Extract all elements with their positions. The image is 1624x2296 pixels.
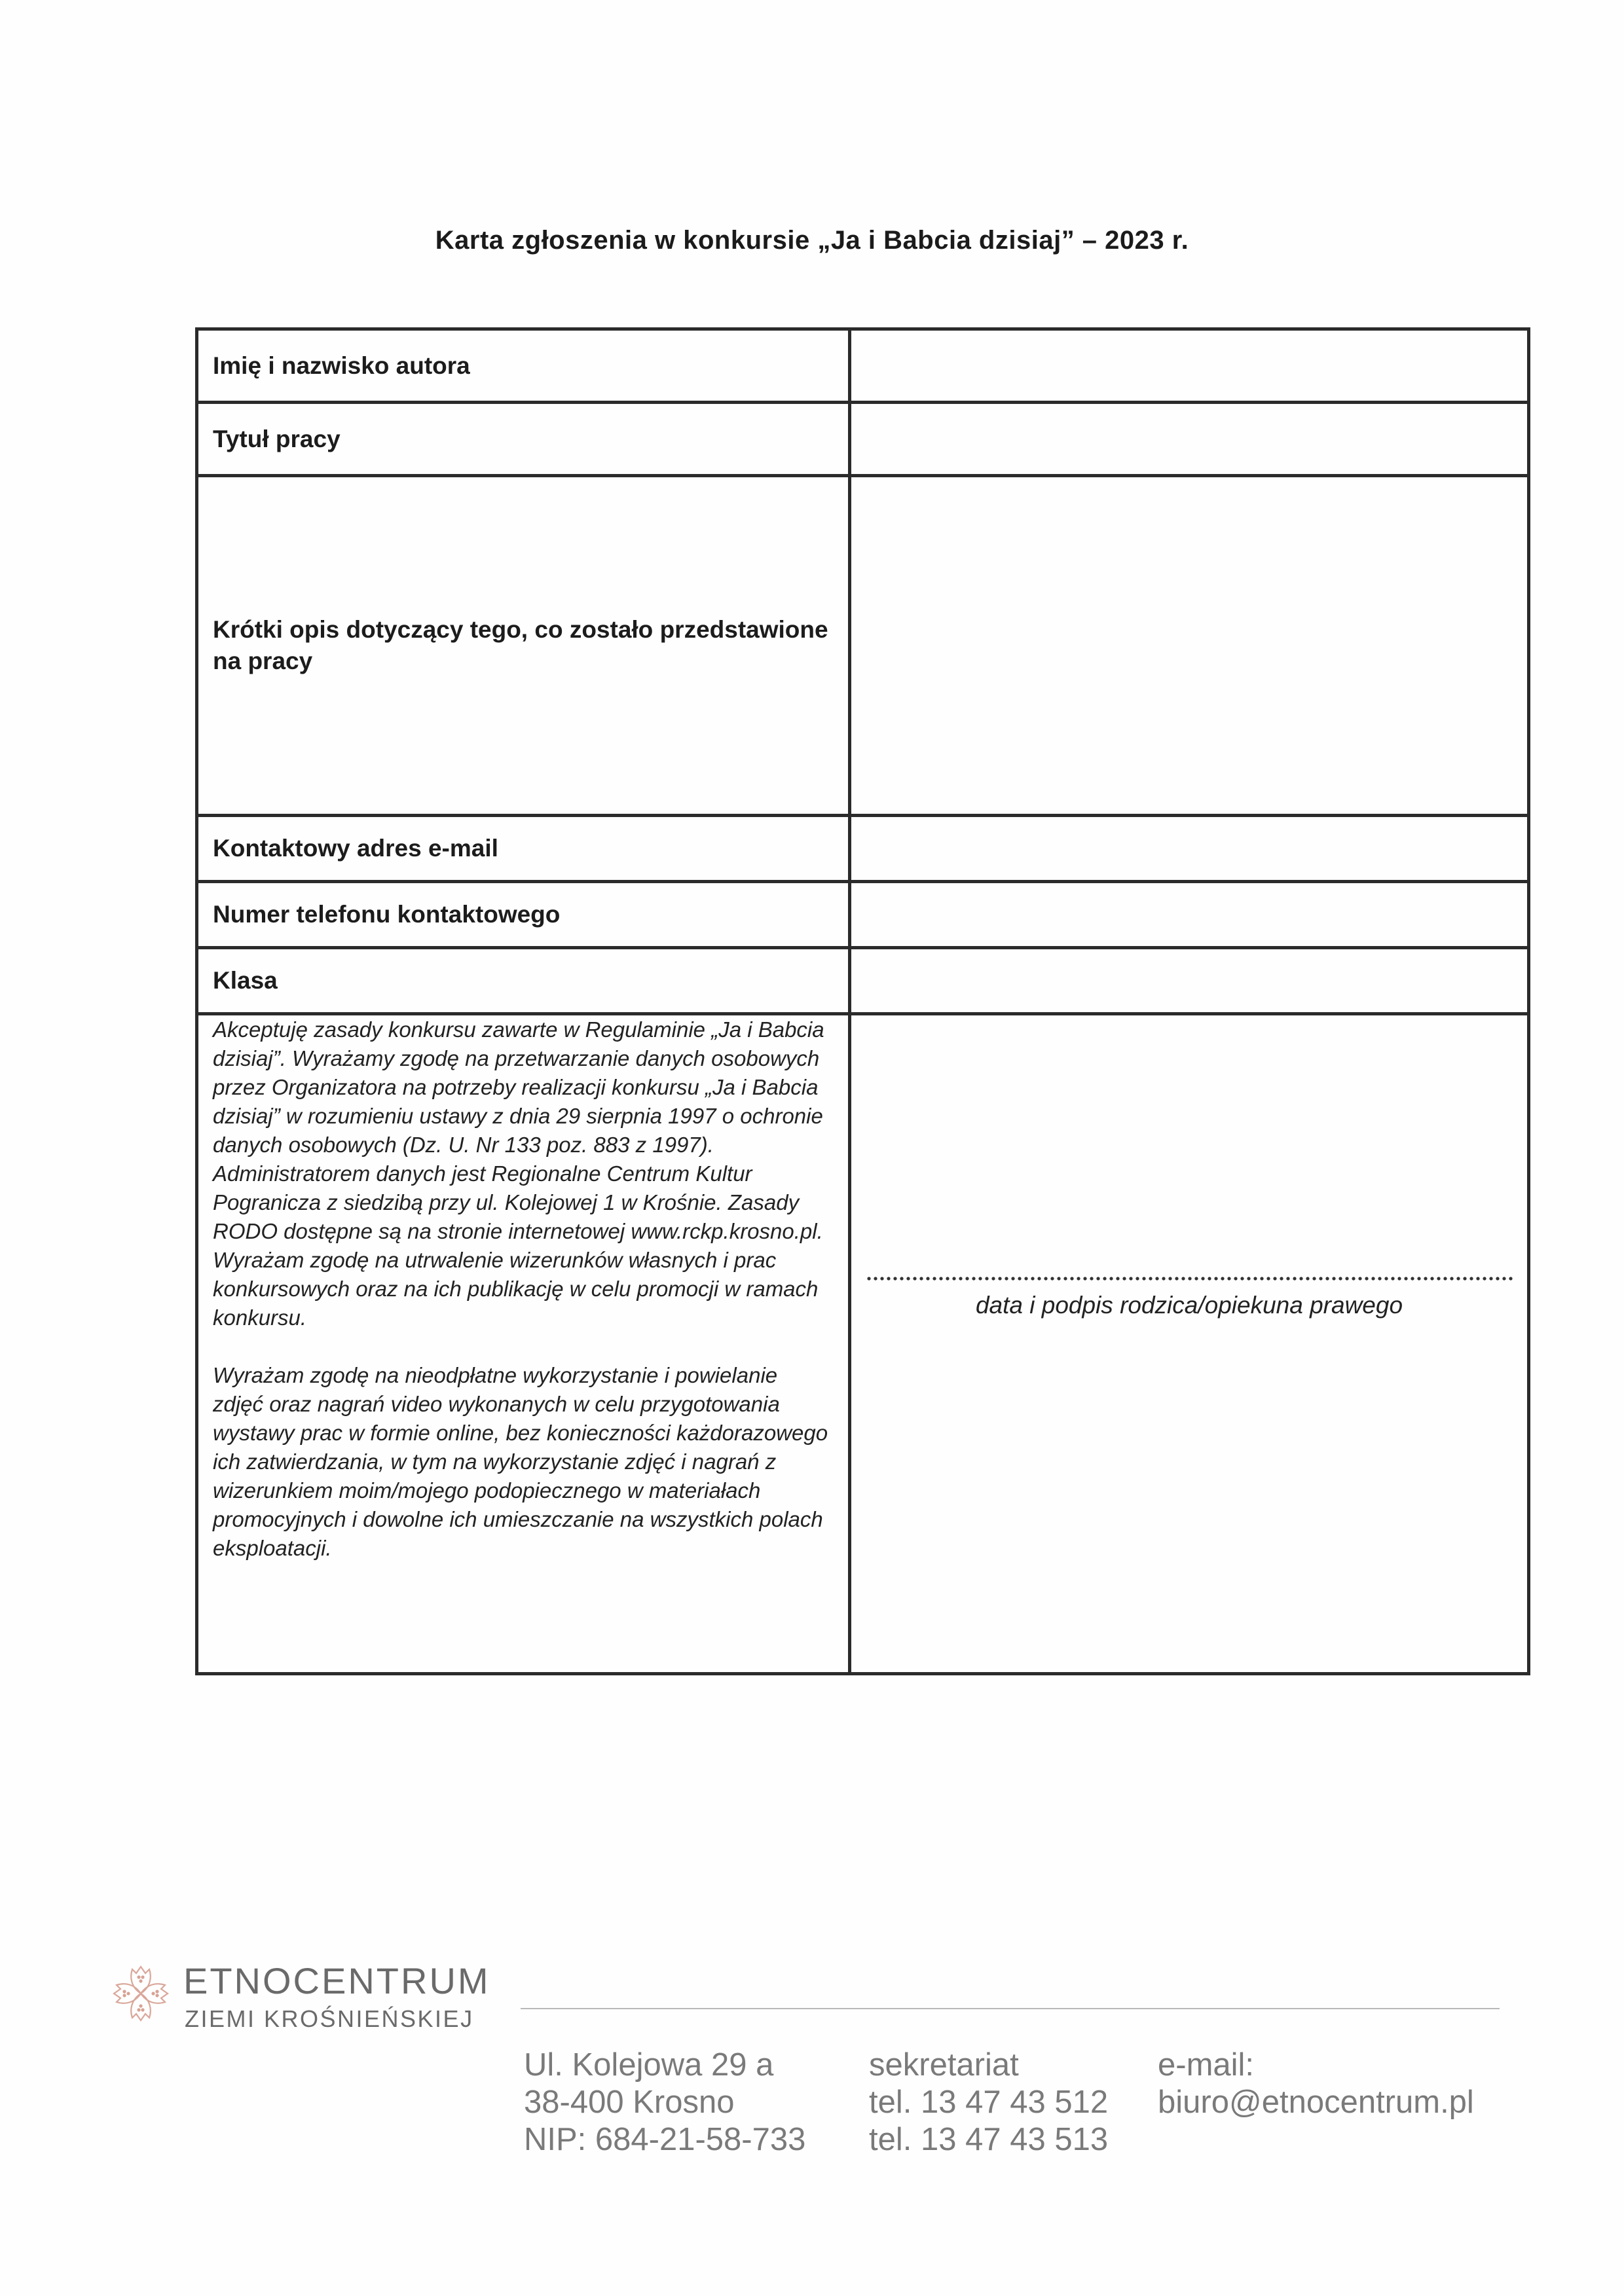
field-label: Numer telefonu kontaktowego: [197, 882, 850, 948]
brand-subtitle: ZIEMI KROŚNIEŃSKIEJ: [185, 2005, 474, 2033]
email-heading: e-mail:: [1158, 2047, 1474, 2084]
consent-paragraph-media: Wyrażam zgodę na nieodpłatne wykorzystan…: [213, 1361, 834, 1563]
work-title-field[interactable]: [850, 403, 1529, 476]
email-field[interactable]: [850, 816, 1529, 882]
consent-text: Akceptuję zasady konkursu zawarte w Regu…: [197, 1014, 850, 1674]
form-row-phone: Numer telefonu kontaktowego: [197, 882, 1529, 948]
form-row-email: Kontaktowy adres e-mail: [197, 816, 1529, 882]
page-title: Karta zgłoszenia w konkursie „Ja i Babci…: [0, 226, 1624, 255]
phone-2: tel. 13 47 43 513: [869, 2121, 1108, 2159]
field-label: Tytuł pracy: [197, 403, 850, 476]
signature-dotted-line: [866, 1276, 1513, 1281]
signature-cell[interactable]: data i podpis rodzica/opiekuna prawego: [850, 1014, 1529, 1674]
footer-address: Ul. Kolejowa 29 a 38-400 Krosno NIP: 684…: [524, 2047, 805, 2159]
author-name-field[interactable]: [850, 329, 1529, 403]
phone-1: tel. 13 47 43 512: [869, 2084, 1108, 2121]
field-label: Krótki opis dotyczący tego, co zostało p…: [197, 476, 850, 816]
entry-form-table: Imię i nazwisko autora Tytuł pracy Krótk…: [195, 327, 1530, 1675]
folk-flower-ornament-icon: [105, 1958, 177, 2030]
address-city: 38-400 Krosno: [524, 2084, 805, 2121]
email-address: biuro@etnocentrum.pl: [1158, 2084, 1474, 2121]
description-field[interactable]: [850, 476, 1529, 816]
footer-email: e-mail: biuro@etnocentrum.pl: [1158, 2047, 1474, 2121]
address-street: Ul. Kolejowa 29 a: [524, 2047, 805, 2084]
form-row-work-title: Tytuł pracy: [197, 403, 1529, 476]
brand-name: ETNOCENTRUM: [183, 1959, 490, 2002]
form-row-class: Klasa: [197, 948, 1529, 1014]
field-label: Klasa: [197, 948, 850, 1014]
document-page: Karta zgłoszenia w konkursie „Ja i Babci…: [0, 0, 1624, 2296]
footer-phones: sekretariat tel. 13 47 43 512 tel. 13 47…: [869, 2047, 1108, 2159]
form-row-description: Krótki opis dotyczący tego, co zostało p…: [197, 476, 1529, 816]
field-label: Imię i nazwisko autora: [197, 329, 850, 403]
class-field[interactable]: [850, 948, 1529, 1014]
form-row-author-name: Imię i nazwisko autora: [197, 329, 1529, 403]
phone-field[interactable]: [850, 882, 1529, 948]
field-label: Kontaktowy adres e-mail: [197, 816, 850, 882]
address-nip: NIP: 684-21-58-733: [524, 2121, 805, 2159]
signature-caption: data i podpis rodzica/opiekuna prawego: [851, 1292, 1527, 1319]
form-row-consent: Akceptuję zasady konkursu zawarte w Regu…: [197, 1014, 1529, 1674]
consent-paragraph-rules: Akceptuję zasady konkursu zawarte w Regu…: [213, 1015, 834, 1332]
footer-divider: [521, 2008, 1500, 2009]
phones-heading: sekretariat: [869, 2047, 1108, 2084]
